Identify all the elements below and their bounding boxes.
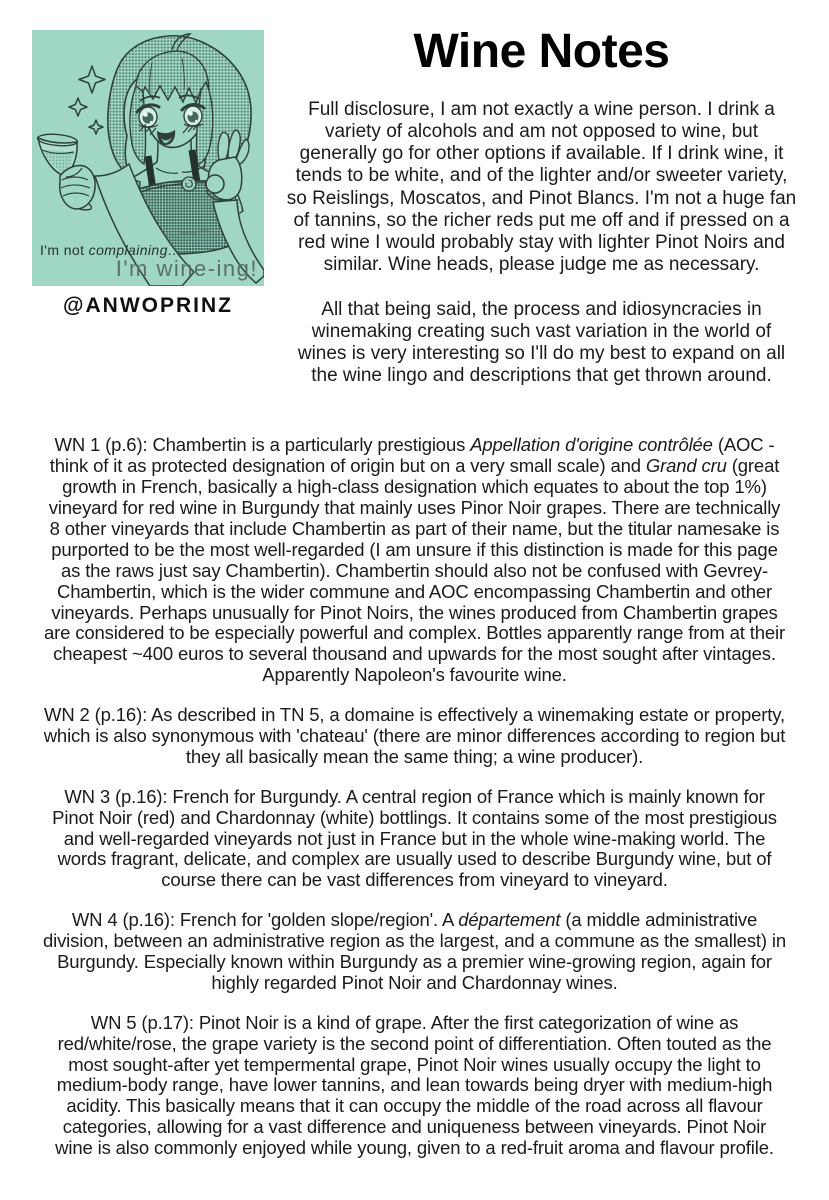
artwork-image: @anwo-prinz I'm not complaining... I'm w… — [32, 30, 264, 286]
wine-notes-page: @anwo-prinz I'm not complaining... I'm w… — [0, 0, 829, 1200]
wine-note-5: WN 5 (p.17): Pinot Noir is a kind of gra… — [42, 1013, 787, 1159]
artist-handle: @ANWOPRINZ — [32, 294, 264, 318]
wine-note-2: WN 2 (p.16): As described in TN 5, a dom… — [42, 705, 787, 768]
artwork-caption-line2: I'm wine-ing! — [116, 256, 258, 282]
wine-note-1: WN 1 (p.6): Chambertin is a particularly… — [42, 435, 787, 686]
header-row: @anwo-prinz I'm not complaining... I'm w… — [0, 0, 829, 409]
page-title: Wine Notes — [284, 26, 799, 79]
wine-note-3: WN 3 (p.16): French for Burgundy. A cent… — [42, 787, 787, 891]
intro-paragraph-2: All that being said, the process and idi… — [287, 299, 797, 388]
wine-note-4: WN 4 (p.16): French for 'golden slope/re… — [42, 910, 787, 994]
artwork-panel: @anwo-prinz I'm not complaining... I'm w… — [32, 30, 264, 409]
intro-paragraph-1: Full disclosure, I am not exactly a wine… — [287, 99, 797, 277]
header-column: Wine Notes Full disclosure, I am not exa… — [284, 30, 799, 409]
wine-notes-section: WN 1 (p.6): Chambertin is a particularly… — [42, 435, 787, 1159]
